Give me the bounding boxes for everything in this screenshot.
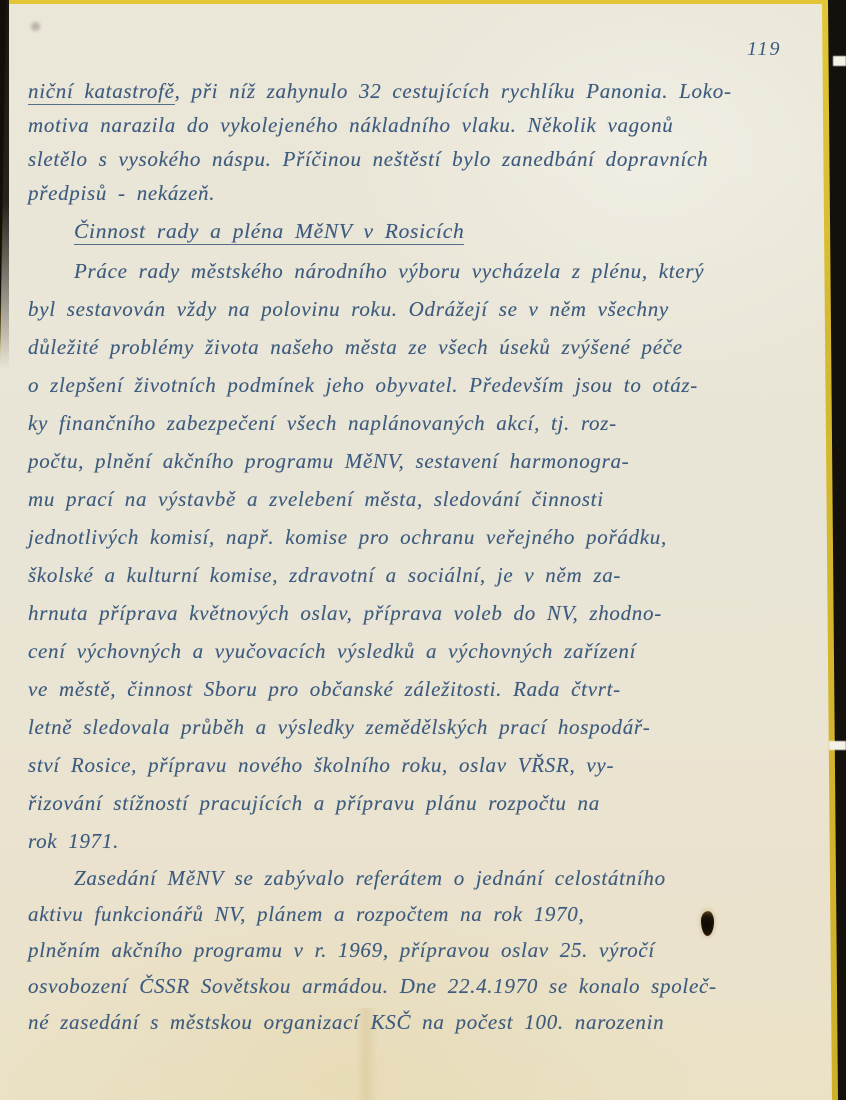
document-scan: 119 niční katastrofě, při níž zahynulo 3…	[0, 0, 846, 1100]
handwritten-line: motiva narazila do vykolejeného nákladní…	[28, 108, 820, 142]
scan-shadow-left-edge	[0, 0, 9, 370]
handwritten-text: niční katastrofě, při níž zahynulo 32 ce…	[28, 74, 820, 1040]
paper-smudge	[31, 22, 40, 31]
handwritten-line: niční katastrofě, při níž zahynulo 32 ce…	[28, 74, 820, 108]
page-number: 119	[747, 38, 782, 61]
handwritten-line: předpisů - nekázeň.	[28, 176, 820, 210]
heading-text: Činnost rady a pléna MěNV v Rosicích	[74, 219, 464, 245]
handwritten-line: sletělo s vysokého náspu. Příčinou neště…	[28, 142, 820, 176]
opening-paragraph: niční katastrofě, při níž zahynulo 32 ce…	[28, 74, 820, 210]
handwritten-line: byl sestavován vždy na polovinu roku. Od…	[28, 290, 820, 328]
handwritten-line: Práce rady městského národního výboru vy…	[28, 252, 820, 290]
handwritten-line: školské a kulturní komise, zdravotní a s…	[28, 556, 820, 594]
handwritten-line: důležité problémy života našeho města ze…	[28, 328, 820, 366]
handwritten-line: cení výchovných a vyučovacích výsledků a…	[28, 632, 820, 670]
line-text: , při níž zahynulo 32 cestujících rychlí…	[175, 79, 732, 103]
handwritten-line: počtu, plnění akčního programu MěNV, ses…	[28, 442, 820, 480]
paragraph-zasedani: Zasedání MěNV se zabývalo referátem o je…	[28, 860, 820, 1040]
handwritten-line: rok 1971.	[28, 822, 820, 860]
paragraph-rada: Práce rady městského národního výboru vy…	[28, 252, 820, 860]
edge-highlight-middle	[829, 741, 846, 750]
edge-highlight-top	[833, 56, 846, 66]
section-heading: Činnost rady a pléna MěNV v Rosicích	[74, 214, 820, 252]
handwritten-line: letně sledovala průběh a výsledky zemědě…	[28, 708, 820, 746]
handwritten-line: jednotlivých komisí, např. komise pro oc…	[28, 518, 820, 556]
handwritten-line: ky finančního zabezpečení všech naplánov…	[28, 404, 820, 442]
underlined-phrase: niční katastrofě	[28, 79, 175, 105]
handwritten-line: řizování stížností pracujících a příprav…	[28, 784, 820, 822]
handwritten-line: ve městě, činnost Sboru pro občanské zál…	[28, 670, 820, 708]
handwritten-line: o zlepšení životních podmínek jeho obyva…	[28, 366, 820, 404]
handwritten-line: Zasedání MěNV se zabývalo referátem o je…	[28, 860, 820, 896]
handwritten-line: osvobození ČSSR Sovětskou armádou. Dne 2…	[28, 968, 820, 1004]
handwritten-line: ství Rosice, přípravu nového školního ro…	[28, 746, 820, 784]
handwritten-line: plněním akčního programu v r. 1969, příp…	[28, 932, 820, 968]
handwritten-line: mu prací na výstavbě a zvelebení města, …	[28, 480, 820, 518]
handwritten-line: hrnuta příprava květnových oslav, přípra…	[28, 594, 820, 632]
handwritten-line: né zasedání s městskou organizací KSČ na…	[28, 1004, 820, 1040]
